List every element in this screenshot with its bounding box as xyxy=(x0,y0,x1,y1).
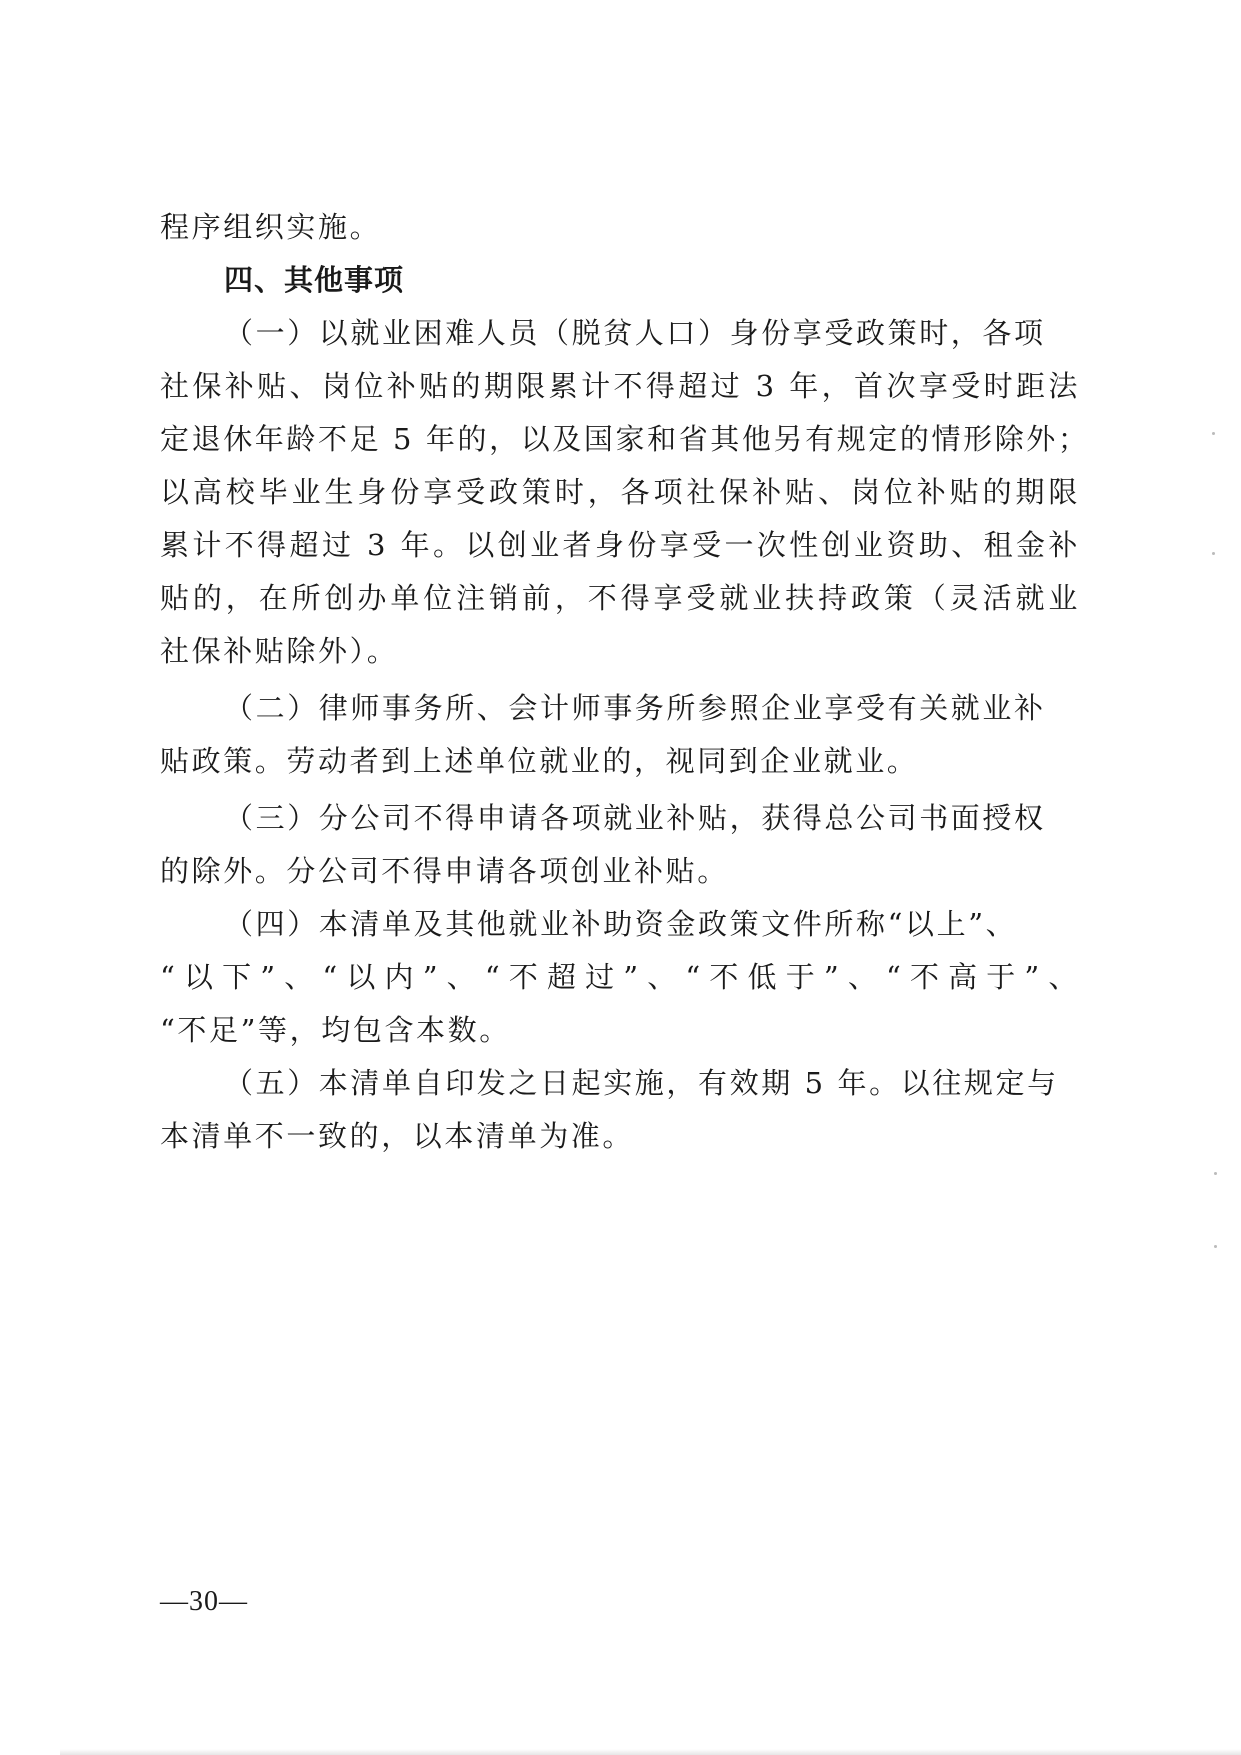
paragraph-line: 贴的，在所创办单位注销前，不得享受就业扶持政策（灵活就业 xyxy=(160,578,1080,618)
paragraph-line: 累计不得超过 3 年。以创业者身份享受一次性创业资助、租金补 xyxy=(160,525,1080,565)
paragraph-line: 的除外。分公司不得申请各项创业补贴。 xyxy=(160,851,1080,891)
scan-edge xyxy=(60,1749,1241,1755)
page-number: —30— xyxy=(160,1586,248,1618)
paragraph-line: （一）以就业困难人员（脱贫人口）身份享受政策时，各项 xyxy=(224,313,1144,353)
paragraph-line: “不足”等，均包含本数。 xyxy=(160,1010,1080,1050)
paragraph-line: （五）本清单自印发之日起实施，有效期 5 年。以往规定与 xyxy=(224,1063,1144,1103)
paragraph-line: “以下”、“以内”、“不超过”、“不低于”、“不高于”、 xyxy=(160,957,1080,997)
paragraph-line: 贴政策。劳动者到上述单位就业的，视同到企业就业。 xyxy=(160,741,1080,781)
paragraph-line: 社保补贴除外）。 xyxy=(160,631,1080,671)
paragraph-line: 定退休年龄不足 5 年的，以及国家和省其他另有规定的情形除外； xyxy=(160,419,1080,459)
scan-speck xyxy=(1214,1245,1217,1248)
section-heading: 四、其他事项 xyxy=(224,260,1144,300)
document-page: 程序组织实施。 四、其他事项 （一）以就业困难人员（脱贫人口）身份享受政策时，各… xyxy=(0,0,1241,1755)
scan-speck xyxy=(1212,432,1215,435)
paragraph-line: （四）本清单及其他就业补助资金政策文件所称“以上”、 xyxy=(224,904,1144,944)
scan-speck xyxy=(1214,1172,1217,1175)
paragraph-line: 以高校毕业生身份享受政策时，各项社保补贴、岗位补贴的期限 xyxy=(160,472,1080,512)
paragraph-line: 本清单不一致的，以本清单为准。 xyxy=(160,1116,1080,1156)
paragraph-line: （三）分公司不得申请各项就业补贴，获得总公司书面授权 xyxy=(224,798,1144,838)
scan-speck xyxy=(1212,552,1215,555)
paragraph-line: 程序组织实施。 xyxy=(160,207,1080,247)
paragraph-line: 社保补贴、岗位补贴的期限累计不得超过 3 年，首次享受时距法 xyxy=(160,366,1080,406)
paragraph-line: （二）律师事务所、会计师事务所参照企业享受有关就业补 xyxy=(224,688,1144,728)
